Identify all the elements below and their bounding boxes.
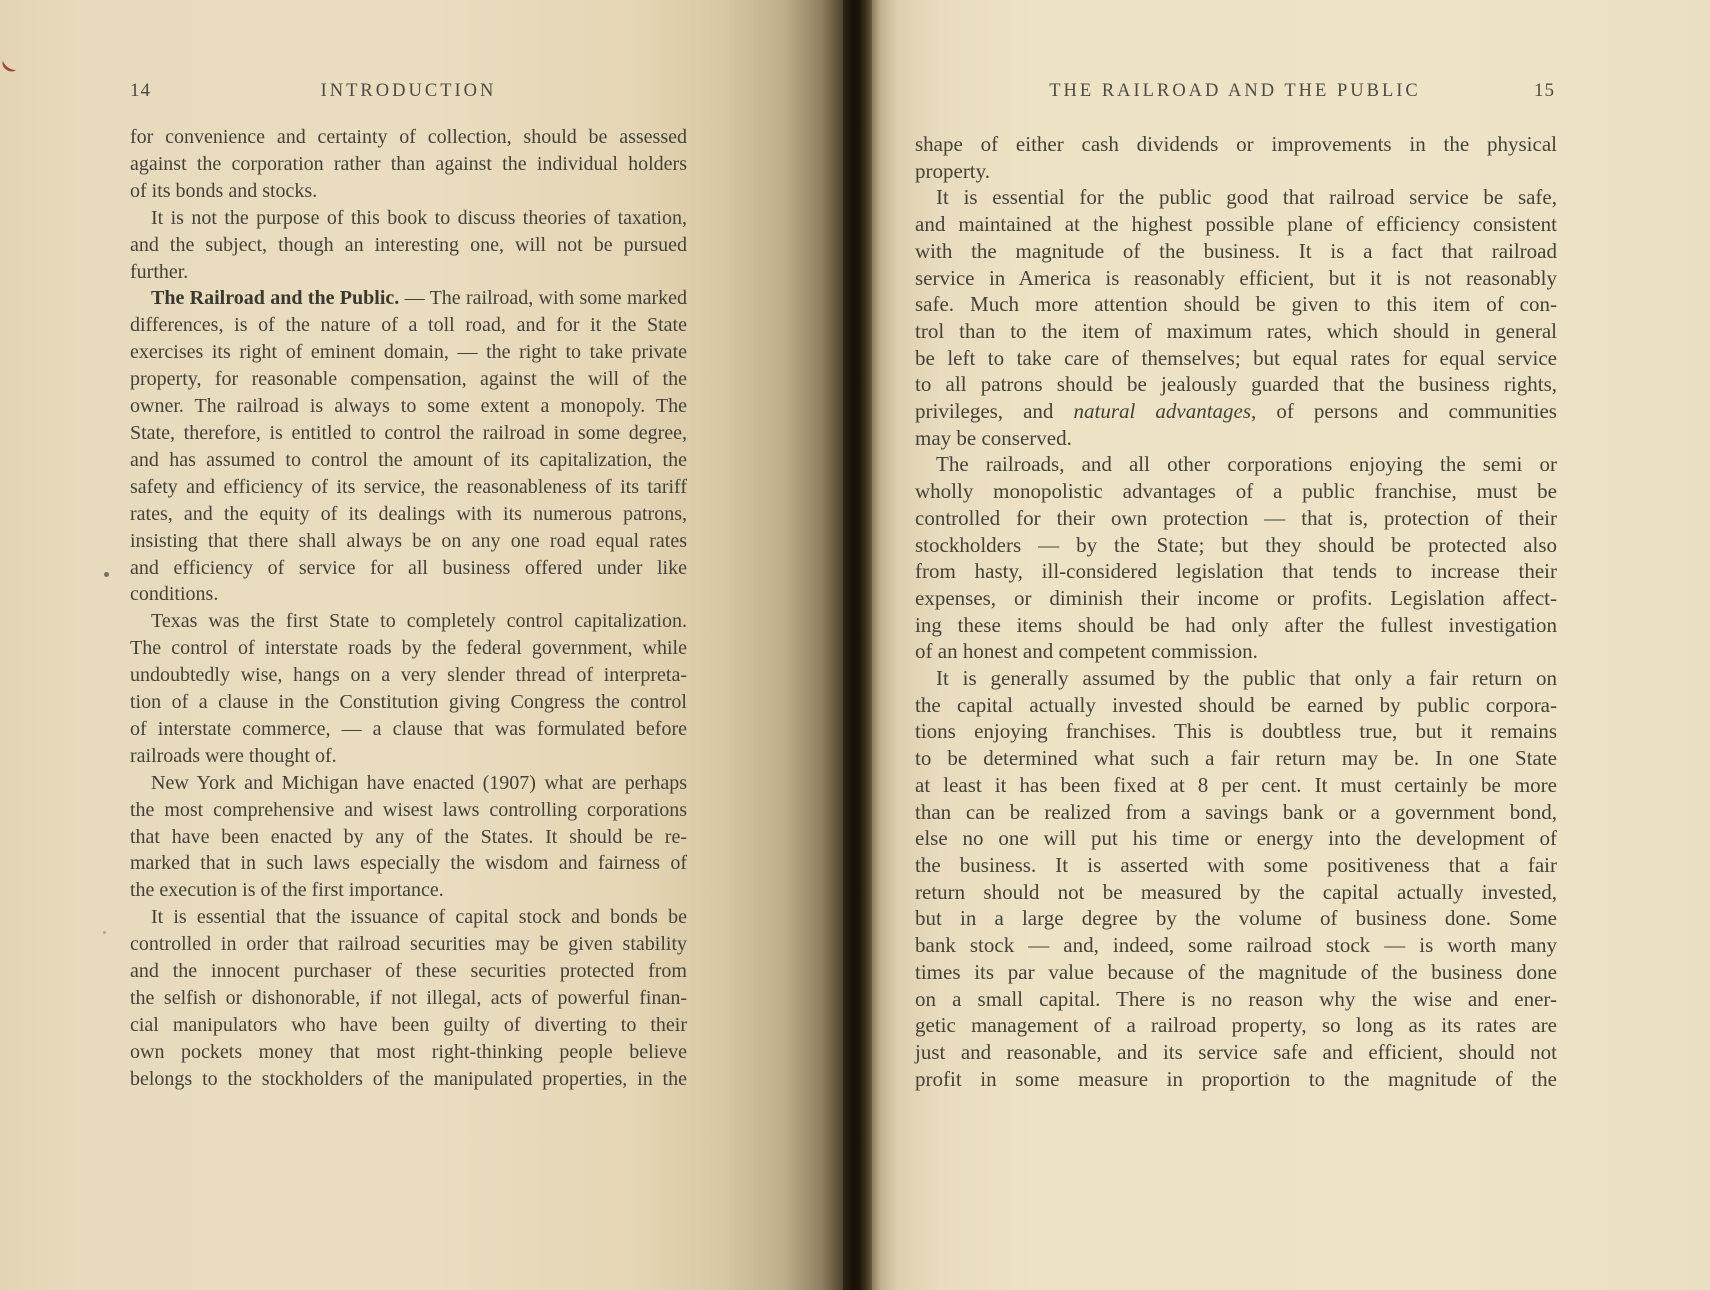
ink-speck xyxy=(103,931,106,934)
text-line: owner. The railroad is always to some ex… xyxy=(130,393,687,420)
text-line: belongs to the stockholders of the manip… xyxy=(130,1066,687,1093)
paragraph: shape of either cash dividends or improv… xyxy=(915,131,1557,184)
text-line: privileges, and natural advantages, of p… xyxy=(915,398,1557,425)
paragraph: It is generally assumed by the public th… xyxy=(915,665,1557,1092)
paragraph: It is essential for the public good that… xyxy=(915,184,1557,451)
text-line: safety and efficiency of its service, th… xyxy=(130,474,687,501)
text-line: stockholders — by the State; but they sh… xyxy=(915,532,1557,559)
book-spine-gutter xyxy=(843,0,872,1290)
left-page: 14 INTRODUCTION for convenience and cert… xyxy=(0,0,843,1290)
text-line: and the subject, though an interesting o… xyxy=(130,232,687,259)
text-line: It is not the purpose of this book to di… xyxy=(130,205,687,232)
text-line: New York and Michigan have enacted (1907… xyxy=(130,770,687,797)
paragraph: It is not the purpose of this book to di… xyxy=(130,205,687,286)
text-line: the selfish or dishonorable, if not ille… xyxy=(130,985,687,1012)
text-line: safe. Much more attention should be give… xyxy=(915,291,1557,318)
paragraph: The Railroad and the Public. — The railr… xyxy=(130,285,687,608)
text-line: expenses, or diminish their income or pr… xyxy=(915,585,1557,612)
left-page-number: 14 xyxy=(130,80,200,102)
text-line: shape of either cash dividends or improv… xyxy=(915,131,1557,158)
text-line: to be determined what such a fair return… xyxy=(915,745,1557,772)
text-line: but in a large degree by the volume of b… xyxy=(915,905,1557,932)
text-line: times its par value because of the magni… xyxy=(915,959,1557,986)
text-line: of interstate commerce, — a clause that … xyxy=(130,716,687,743)
text-line: marked that in such laws especially the … xyxy=(130,850,687,877)
text-line: the business. It is asserted with some p… xyxy=(915,852,1557,879)
text-line: conditions. xyxy=(130,581,687,608)
text-line: the most comprehensive and wisest laws c… xyxy=(130,797,687,824)
left-page-text-block: for convenience and certainty of collect… xyxy=(130,124,687,1093)
text-line: and maintained at the highest possible p… xyxy=(915,211,1557,238)
text-line: The Railroad and the Public. — The railr… xyxy=(130,285,687,312)
text-line: with the magnitude of the business. It i… xyxy=(915,238,1557,265)
text-line: than can be realized from a savings bank… xyxy=(915,799,1557,826)
text-line: service in America is reasonably efficie… xyxy=(915,265,1557,292)
text-line: and has assumed to control the amount of… xyxy=(130,447,687,474)
text-line: controlled in order that railroad securi… xyxy=(130,931,687,958)
right-running-head: THE RAILROAD AND THE PUBLIC 15 xyxy=(915,80,1555,102)
text-line: cial manipulators who have been guilty o… xyxy=(130,1012,687,1039)
text-line: be left to take care of themselves; but … xyxy=(915,345,1557,372)
left-running-head: 14 INTRODUCTION xyxy=(130,80,687,102)
text-line: getic management of a railroad property,… xyxy=(915,1012,1557,1039)
paragraph: The railroads, and all other corporation… xyxy=(915,451,1557,665)
text-line: profit in some measure in proportion to … xyxy=(915,1066,1557,1093)
left-running-header-title: INTRODUCTION xyxy=(200,81,617,102)
text-line: at least it has been fixed at 8 per cent… xyxy=(915,772,1557,799)
text-line: controlled for their own protection — th… xyxy=(915,505,1557,532)
text-line: return should not be measured by the cap… xyxy=(915,879,1557,906)
text-line: the execution is of the first importance… xyxy=(130,877,687,904)
text-line: and efficiency of service for all busine… xyxy=(130,555,687,582)
text-line: bank stock — and, indeed, some railroad … xyxy=(915,932,1557,959)
right-page-text-block: shape of either cash dividends or improv… xyxy=(915,131,1557,1092)
paragraph: for convenience and certainty of collect… xyxy=(130,124,687,205)
right-page-number: 15 xyxy=(1485,80,1555,102)
paragraph: New York and Michigan have enacted (1907… xyxy=(130,770,687,905)
paragraph: It is essential that the issuance of cap… xyxy=(130,904,687,1092)
text-line: tions enjoying franchises. This is doubt… xyxy=(915,718,1557,745)
text-line: ing these items should be had only after… xyxy=(915,612,1557,639)
text-line: for convenience and certainty of collect… xyxy=(130,124,687,151)
text-line: tion of a clause in the Constitution giv… xyxy=(130,689,687,716)
text-line: own pockets money that most right-thinki… xyxy=(130,1039,687,1066)
text-line: trol than to the item of maximum rates, … xyxy=(915,318,1557,345)
ink-speck xyxy=(1276,1074,1279,1077)
margin-dot xyxy=(104,572,109,577)
text-line: State, therefore, is entitled to control… xyxy=(130,420,687,447)
text-line: It is generally assumed by the public th… xyxy=(915,665,1557,692)
text-line: Texas was the first State to completely … xyxy=(130,608,687,635)
text-line: It is essential for the public good that… xyxy=(915,184,1557,211)
text-line: undoubtedly wise, hangs on a very slende… xyxy=(130,662,687,689)
text-line: property, for reasonable compensation, a… xyxy=(130,366,687,393)
book-spread: 14 INTRODUCTION for convenience and cert… xyxy=(0,0,1710,1290)
text-line: exercises its right of eminent domain, —… xyxy=(130,339,687,366)
right-running-header-title: THE RAILROAD AND THE PUBLIC xyxy=(985,81,1485,102)
text-line: property. xyxy=(915,158,1557,185)
text-line: railroads were thought of. xyxy=(130,743,687,770)
paragraph: Texas was the first State to completely … xyxy=(130,608,687,769)
text-line: The control of interstate roads by the f… xyxy=(130,635,687,662)
text-line: rates, and the equity of its dealings wi… xyxy=(130,501,687,528)
text-line: The railroads, and all other corporation… xyxy=(915,451,1557,478)
text-line: insisting that there shall always be on … xyxy=(130,528,687,555)
text-line: on a small capital. There is no reason w… xyxy=(915,986,1557,1013)
text-line: It is essential that the issuance of cap… xyxy=(130,904,687,931)
text-line: against the corporation rather than agai… xyxy=(130,151,687,178)
text-line: that have been enacted by any of the Sta… xyxy=(130,824,687,851)
text-line: just and reasonable, and its service saf… xyxy=(915,1039,1557,1066)
text-line: may be conserved. xyxy=(915,425,1557,452)
text-line: from hasty, ill-considered legislation t… xyxy=(915,558,1557,585)
text-line: of an honest and competent commission. xyxy=(915,638,1557,665)
text-line: and the innocent purchaser of these secu… xyxy=(130,958,687,985)
text-line: further. xyxy=(130,259,687,286)
text-line: of its bonds and stocks. xyxy=(130,178,687,205)
text-line: to all patrons should be jealously guard… xyxy=(915,371,1557,398)
text-line: the capital actually invested should be … xyxy=(915,692,1557,719)
text-line: wholly monopolistic advantages of a publ… xyxy=(915,478,1557,505)
text-line: else no one will put his time or energy … xyxy=(915,825,1557,852)
text-line: differences, is of the nature of a toll … xyxy=(130,312,687,339)
right-page: THE RAILROAD AND THE PUBLIC 15 shape of … xyxy=(872,0,1710,1290)
